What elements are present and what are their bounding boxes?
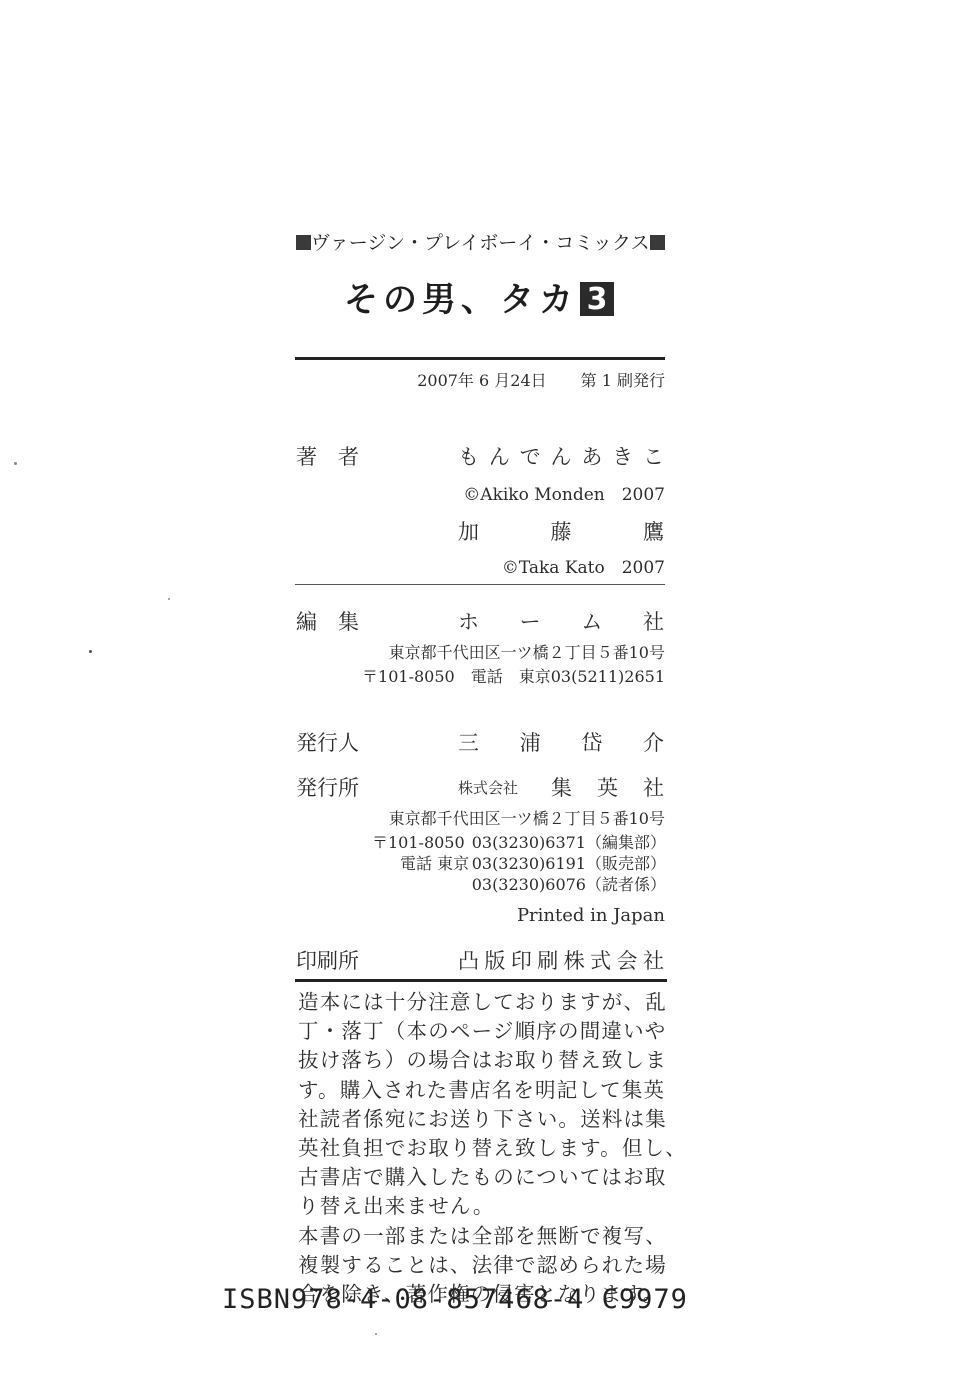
notice-line: り替え出来ません。 (298, 1192, 668, 1221)
name-char: 印 (511, 945, 532, 975)
name-char: 刷 (537, 945, 558, 975)
isbn-code: ISBN978-4-08-857468-4 C9979 (222, 1284, 688, 1315)
name-char: ん (550, 441, 571, 471)
book-title: その男、タカ3 (296, 272, 662, 321)
name-char: 集 (551, 772, 572, 802)
publisher-person-label: 発行人 (296, 727, 359, 757)
name-char: 藤 (551, 516, 572, 546)
author2-name: 加 藤 鷹 (458, 516, 664, 546)
scan-speck (168, 598, 170, 600)
author1-copyright: ©Akiko Monden 2007 (400, 480, 665, 505)
name-char: 加 (458, 516, 479, 546)
name-char: 鷹 (643, 516, 664, 546)
printer-name: 凸 版 印 刷 株 式 会 社 (458, 945, 664, 975)
author2-copyright: ©Taka Kato 2007 (400, 553, 665, 578)
notice-line: す。購入された書店名を明記して集英 (298, 1076, 668, 1105)
square-bullet-icon (296, 235, 311, 250)
series-name: ヴァージン・プレイボーイ・コミックス (296, 228, 662, 255)
name-char: ホ (458, 606, 479, 636)
name-char: 社 (643, 606, 664, 636)
name-char: 凸 (458, 945, 479, 975)
edition-line: 2007年 6 月24日第 1 刷発行 (296, 368, 665, 391)
name-char: 介 (643, 727, 664, 757)
name-char: 式 (590, 945, 611, 975)
edition-printing: 第 1 刷発行 (581, 371, 665, 390)
name-char: 版 (484, 945, 505, 975)
notice-block: 造本には十分注意しておりますが、乱 丁・落丁（本のページ順序の間違いや 抜け落ち… (298, 988, 668, 1309)
scan-speck (375, 1333, 377, 1335)
name-char: 株 (564, 945, 585, 975)
notice-line: 社読者係宛にお送り下さい。送料は集 (298, 1105, 668, 1134)
editor-postal-phone: 〒101-8050 電話 東京03(5211)2651 (360, 664, 665, 687)
publisher-name: 集 英 社 (551, 772, 664, 802)
author1-name: も ん で ん あ き こ (458, 441, 664, 471)
notice-line: 造本には十分注意しておりますが、乱 (298, 988, 668, 1017)
volume-badge: 3 (580, 282, 614, 316)
name-char: ん (489, 441, 510, 471)
name-char: 岱 (581, 727, 602, 757)
editor-label: 編 集 (296, 606, 359, 636)
name-char: 会 (617, 945, 638, 975)
edition-date: 2007年 6 月24日 (417, 371, 546, 390)
title-text: その男、タカ (344, 280, 578, 320)
authors-rule (295, 584, 665, 585)
name-char: ー (520, 606, 541, 636)
authors-label: 著 者 (296, 441, 359, 471)
publisher-label: 発行所 (296, 772, 359, 802)
publisher-postal: 〒101-8050 (372, 830, 465, 853)
notice-line: 英社負担でお取り替え致します。但し、 (298, 1134, 668, 1163)
name-char: 社 (643, 772, 664, 802)
editor-address: 東京都千代田区一ツ橋２丁目５番10号 (360, 640, 665, 663)
publisher-prefix: 株式会社 (458, 777, 518, 798)
series-label: ヴァージン・プレイボーイ・コミックス (311, 232, 650, 254)
editor-name: ホ ー ム 社 (458, 606, 664, 636)
publisher-phone-editorial: 03(3230)6371（編集部） (470, 830, 666, 853)
publisher-phone-readers: 03(3230)6076（読者係） (470, 872, 666, 895)
name-char: ム (581, 606, 602, 636)
notice-line: 古書店で購入したものについてはお取 (298, 1163, 668, 1192)
name-char: 三 (458, 727, 479, 757)
publisher-address: 東京都千代田区一ツ橋２丁目５番10号 (360, 806, 665, 829)
notice-line: 抜け落ち）の場合はお取り替え致しま (298, 1046, 668, 1075)
scan-speck (89, 650, 92, 653)
name-char: あ (581, 441, 602, 471)
top-rule (295, 357, 665, 360)
name-char: こ (643, 441, 664, 471)
name-char: き (612, 441, 633, 471)
name-char: で (520, 441, 541, 471)
printer-label: 印刷所 (296, 945, 359, 975)
notice-line: 複製することは、法律で認められた場 (298, 1251, 668, 1280)
name-char: も (458, 441, 479, 471)
printed-in-japan: Printed in Japan (420, 905, 665, 926)
publisher-phone-label: 電話 東京 (400, 851, 469, 874)
publisher-phone-sales: 03(3230)6191（販売部） (470, 851, 666, 874)
square-bullet-icon (650, 235, 665, 250)
scan-speck (14, 462, 17, 465)
name-char: 英 (597, 772, 618, 802)
name-char: 社 (643, 945, 664, 975)
printer-rule (295, 979, 667, 982)
notice-line: 本書の一部または全部を無断で複写、 (298, 1222, 668, 1251)
notice-line: 丁・落丁（本のページ順序の間違いや (298, 1017, 668, 1046)
name-char: 浦 (520, 727, 541, 757)
publisher-person-name: 三 浦 岱 介 (458, 727, 664, 757)
